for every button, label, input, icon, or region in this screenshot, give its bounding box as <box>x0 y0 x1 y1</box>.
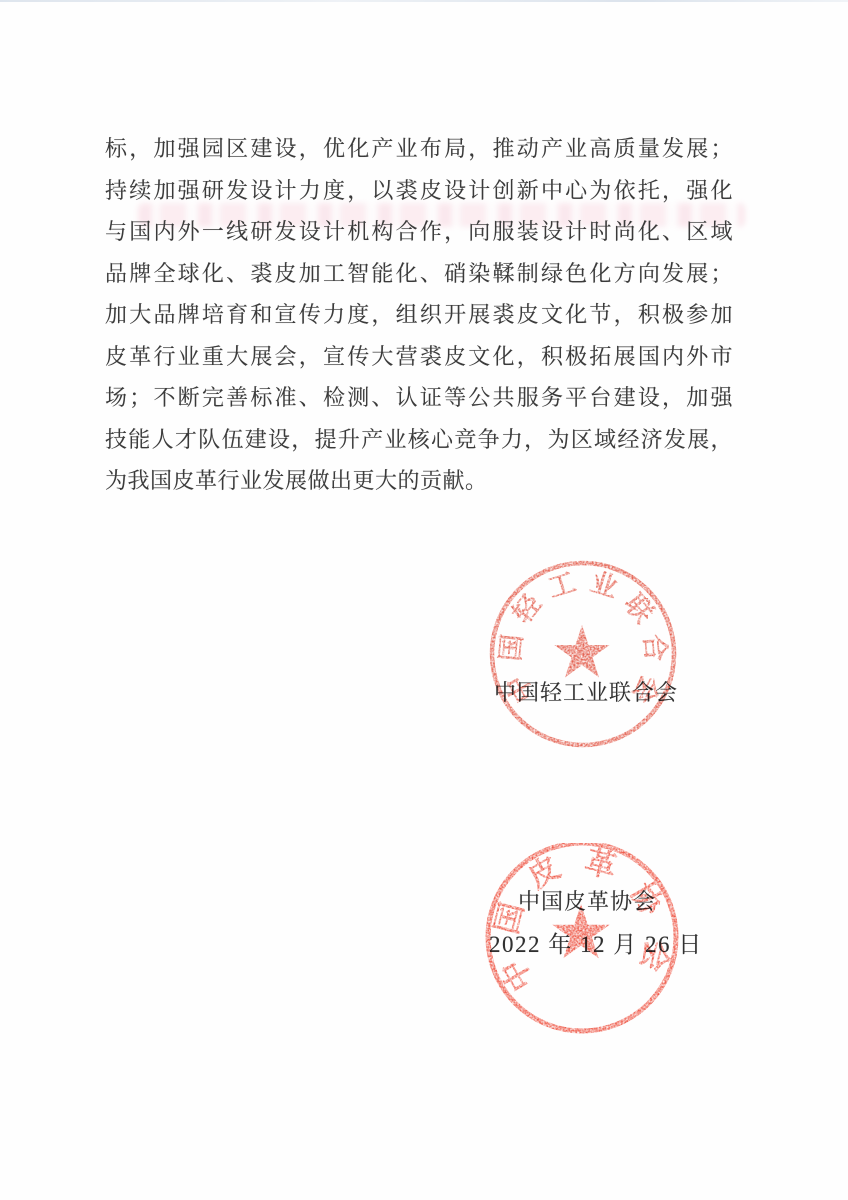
seal-arc-character: 工 <box>545 567 580 604</box>
body-line: 与国内外一线研发设计机构合作，向服装设计时尚化、区域 <box>105 211 733 253</box>
seal-star-icon <box>554 625 609 677</box>
body-line: 品牌全球化、裘皮加工智能化、硝染鞣制绿色化方向发展； <box>105 253 733 295</box>
seal-arc-character: 协 <box>624 877 670 922</box>
scanned-document-page: 标，加强园区建设，优化产业布局，推动产业高质量发展； 持续加强研发设计力度，以裘… <box>0 0 848 1200</box>
seal-arc-character: 国 <box>489 899 531 938</box>
body-line: 皮革行业重大展会，宣传大营裘皮文化，积极拓展国内外市 <box>105 336 733 378</box>
official-seal-light-industry: 中国轻工业联合会 <box>483 552 683 762</box>
official-seal-leather-association: 中国皮革协会 <box>485 843 685 1043</box>
body-line: 持续加强研发设计力度，以裘皮设计创新中心为依托，强化 <box>105 170 733 212</box>
seal-arc-character: 业 <box>587 567 622 604</box>
body-line: 标，加强园区建设，优化产业布局，推动产业高质量发展； <box>105 128 733 170</box>
body-line: 加大品牌培育和宣传力度，组织开展裘皮文化节，积极参加 <box>105 294 733 336</box>
body-line: 场；不断完善标准、检测、认证等公共服务平台建设，加强 <box>105 377 733 419</box>
seal-arc-character: 革 <box>581 844 620 886</box>
seal-arc-character: 中 <box>494 953 540 997</box>
scan-edge-artifact <box>0 0 848 2</box>
body-line: 技能人才队伍建设，提升产业核心竞争力，为区域经济发展， <box>105 419 733 461</box>
seal-arc-character: 会 <box>634 936 676 975</box>
seal-arc-character: 皮 <box>522 849 566 895</box>
seal-arc-character: 国 <box>495 633 527 663</box>
seal-star-icon <box>552 904 609 958</box>
seal-arc-character: 合 <box>639 633 672 663</box>
body-line: 为我国皮革行业发展做出更大的贡献。 <box>105 460 733 502</box>
body-paragraph: 标，加强园区建设，优化产业布局，推动产业高质量发展； 持续加强研发设计力度，以裘… <box>105 128 733 502</box>
